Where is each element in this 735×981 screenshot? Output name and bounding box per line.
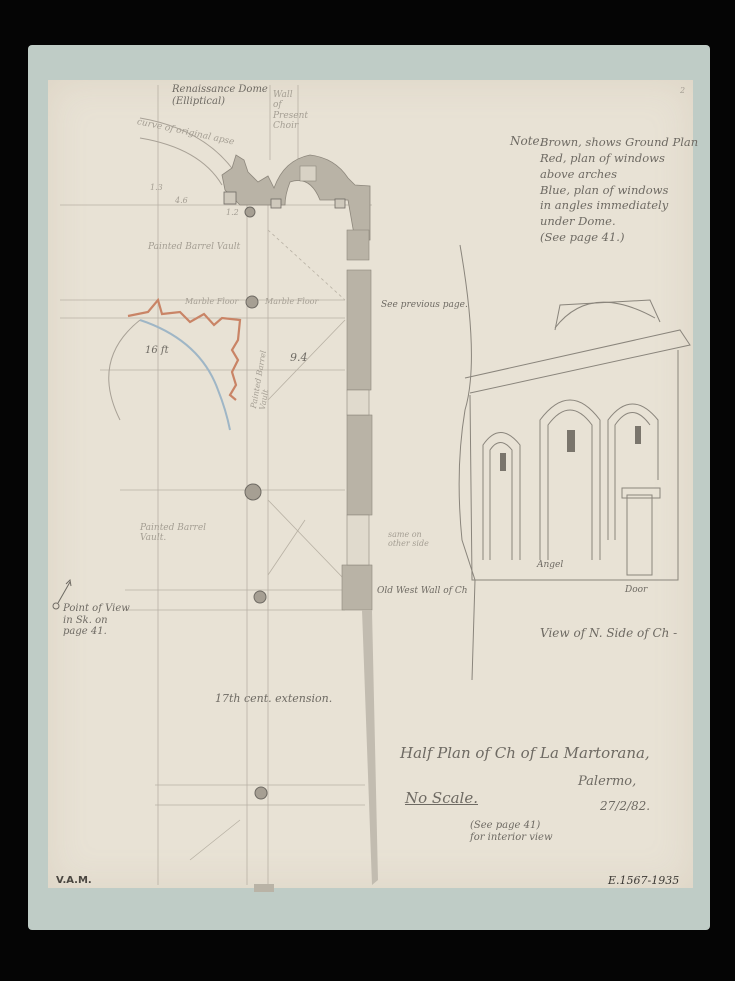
- label-see-previous-page: See previous page.: [381, 300, 468, 310]
- label-wall-present-choir: Wall of Present Choir: [273, 90, 308, 131]
- label-door: Door: [625, 585, 647, 595]
- cross-reference-note: (See page 41) for interior view: [470, 820, 553, 843]
- label-marble-floor: Marble Floor: [185, 297, 238, 306]
- note-text: Brown, shows Ground Plan Red, plan of wi…: [540, 135, 698, 246]
- label-marble-floor-2: Marble Floor: [265, 297, 318, 306]
- label-same-other-side: same on other side: [388, 530, 429, 548]
- label-painted-barrel-vault: Painted Barrel Vault: [148, 242, 240, 252]
- dimension-4-6: 4.6: [175, 196, 188, 205]
- label-angel: Angel: [537, 560, 563, 570]
- dimension-1-2: 1.2: [226, 208, 239, 217]
- scale-note: No Scale.: [405, 790, 478, 807]
- label-painted-barrel-vault-2: Painted Barrel Vault.: [140, 523, 206, 544]
- accession-number: E.1567-1935: [608, 874, 679, 887]
- title-inscription: Half Plan of Ch of La Martorana,: [400, 745, 650, 762]
- date-inscription: 27/2/82.: [600, 800, 650, 814]
- label-point-of-view: Point of View in Sk. on page 41.: [63, 603, 130, 638]
- dimension-1-3: 1.3: [150, 183, 163, 192]
- dimension-16ft: 16 ft: [145, 345, 169, 357]
- page-number: 2: [680, 86, 685, 95]
- place-inscription: Palermo,: [578, 775, 636, 790]
- dimension-9-4: 9.4: [290, 352, 308, 365]
- label-renaissance-dome: Renaissance Dome (Elliptical): [172, 84, 268, 107]
- label-17th-century-extension: 17th cent. extension.: [215, 693, 332, 706]
- note-label: Note.: [510, 135, 543, 149]
- label-view-north-side: View of N. Side of Ch -: [540, 627, 677, 641]
- label-old-west-wall: Old West Wall of Ch: [377, 586, 468, 596]
- museum-stamp: V.A.M.: [56, 875, 92, 886]
